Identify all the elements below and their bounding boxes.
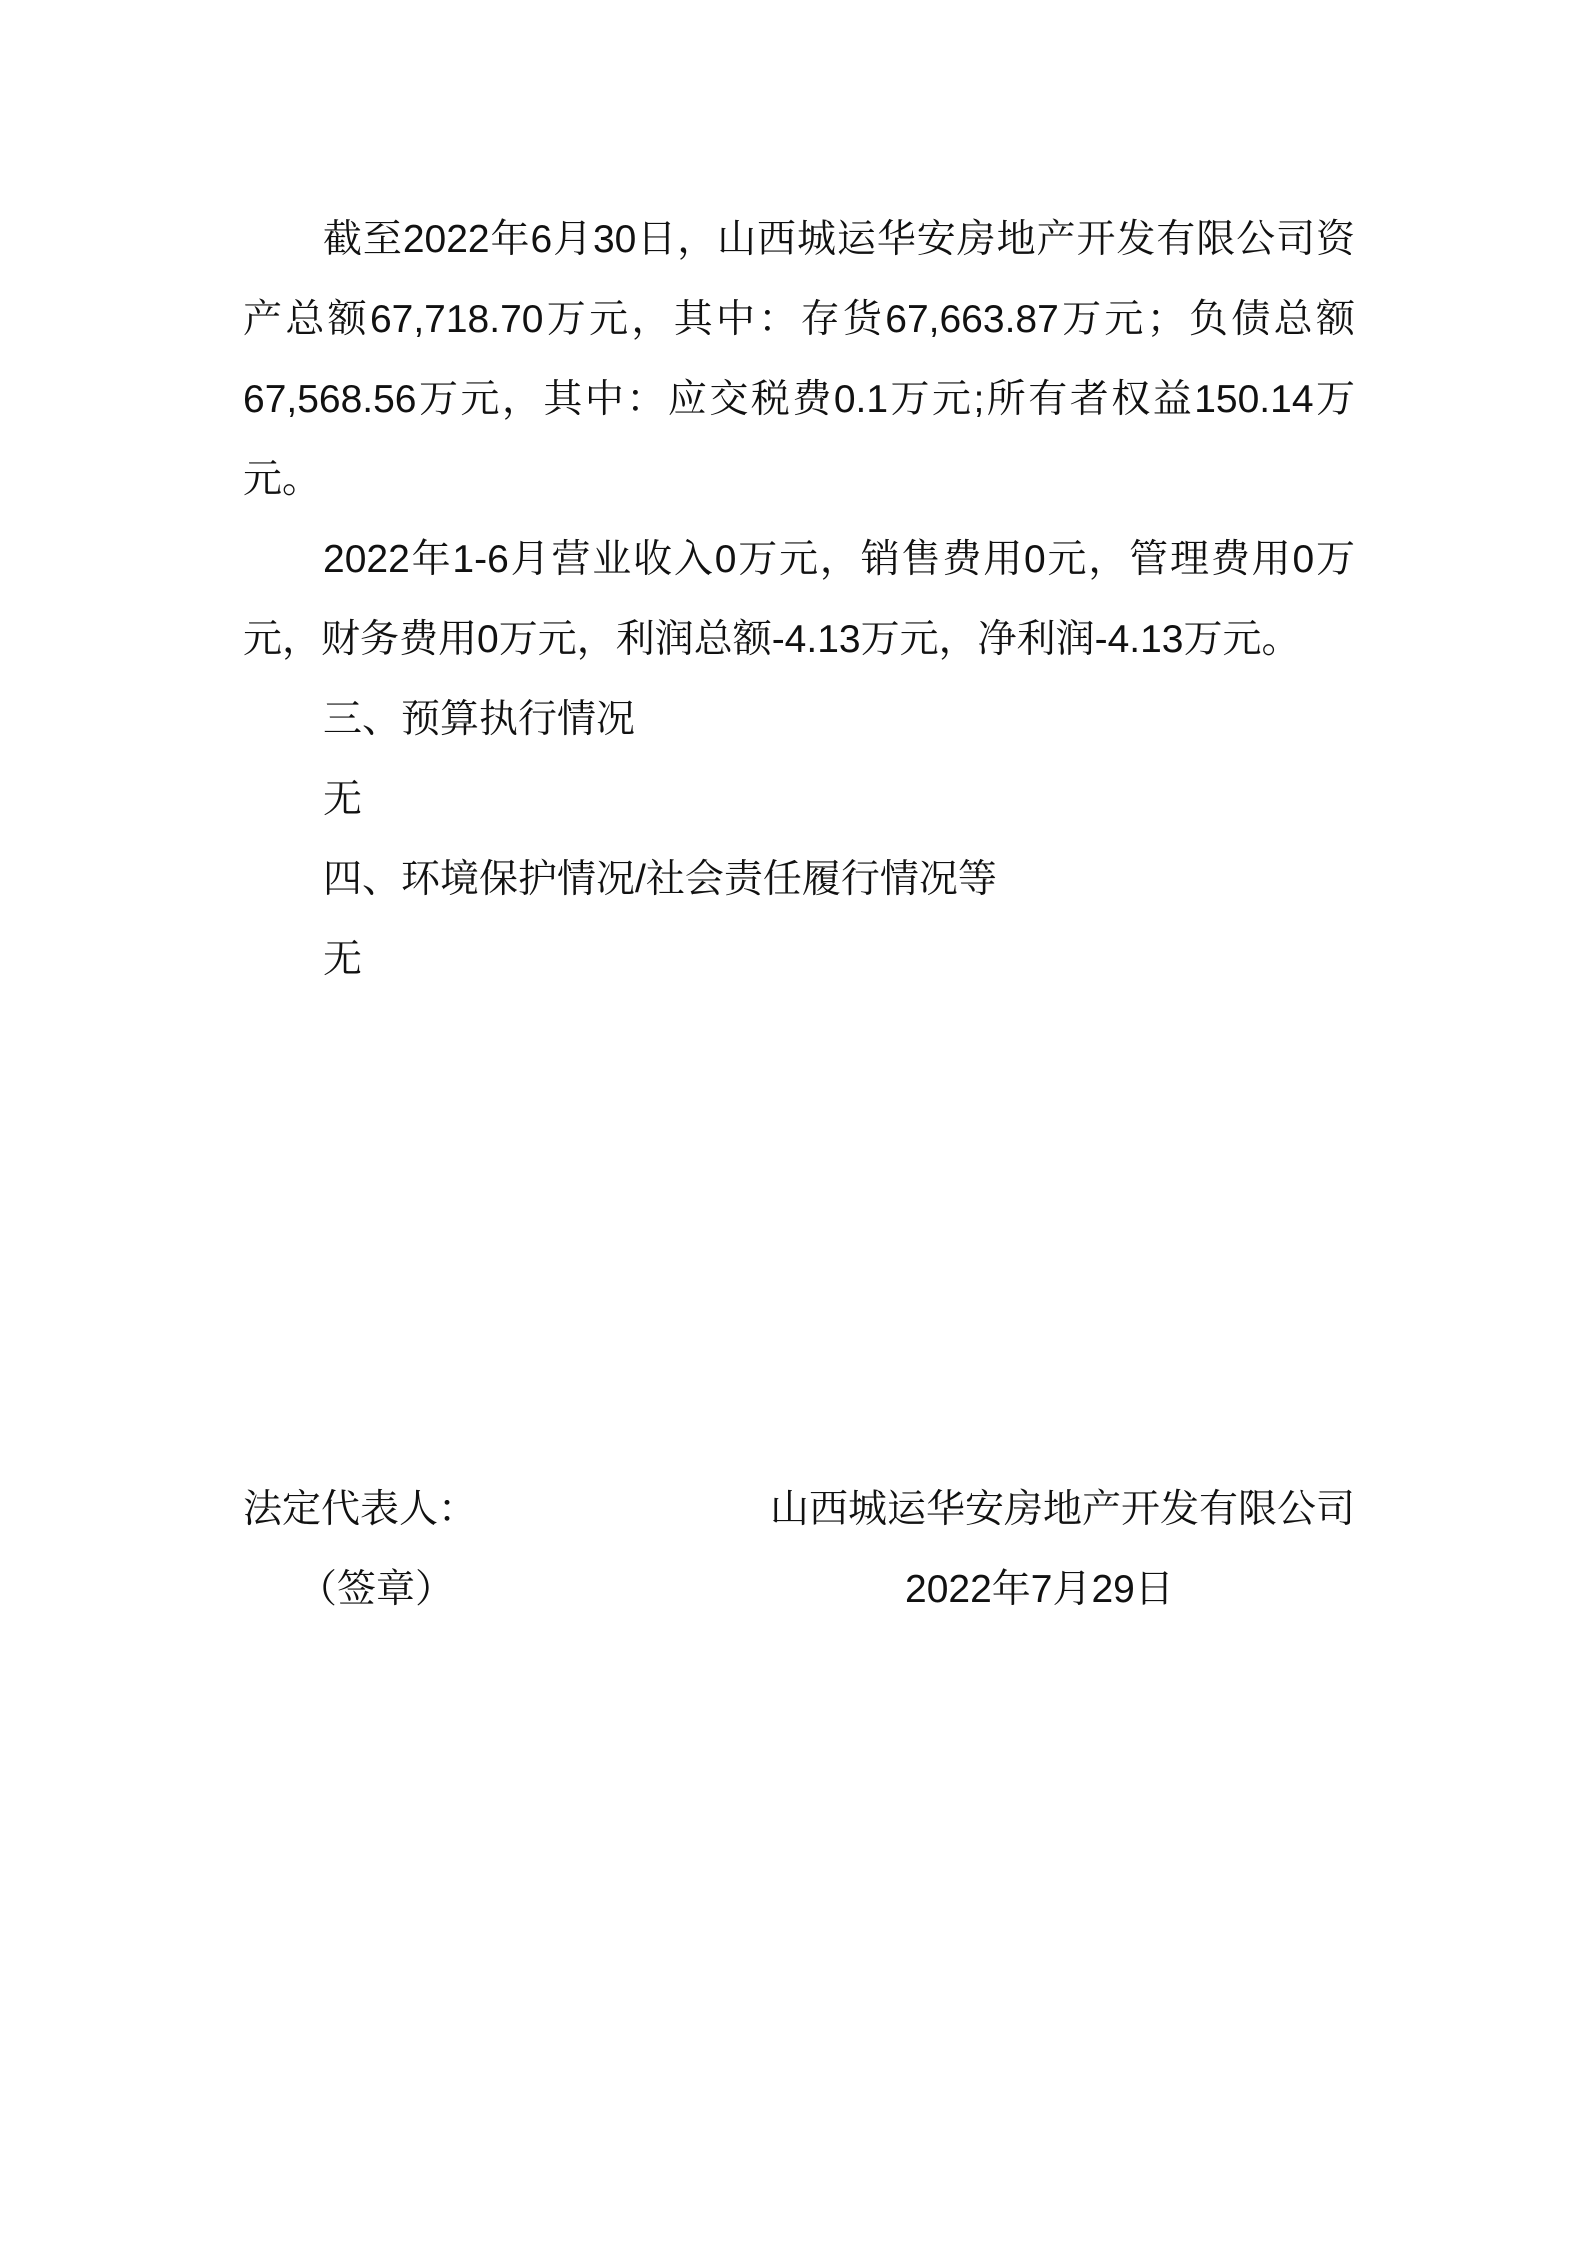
section-heading-budget: 三、预算执行情况: [243, 680, 1355, 760]
legal-representative-label: 法定代表人：: [243, 1470, 477, 1550]
section-content-budget: 无: [243, 760, 1355, 840]
income-statement-paragraph: 2022年1-6月营业收入0万元，销售费用0元，管理费用0万元，财务费用0万元，…: [243, 520, 1355, 680]
signature-block: 法定代表人： 山西城运华安房地产开发有限公司 （签章） 2022年7月29日: [243, 1470, 1355, 1630]
section-content-environment: 无: [243, 920, 1355, 1000]
financial-position-paragraph: 截至2022年6月30日，山西城运华安房地产开发有限公司资产总额67,718.7…: [243, 200, 1355, 520]
seal-label: （签章）: [298, 1550, 454, 1630]
signature-date: 2022年7月29日: [905, 1550, 1174, 1630]
section-heading-environment: 四、环境保护情况/社会责任履行情况等: [243, 840, 1355, 920]
document-body: 截至2022年6月30日，山西城运华安房地产开发有限公司资产总额67,718.7…: [243, 200, 1355, 1000]
company-name: 山西城运华安房地产开发有限公司: [770, 1470, 1355, 1550]
